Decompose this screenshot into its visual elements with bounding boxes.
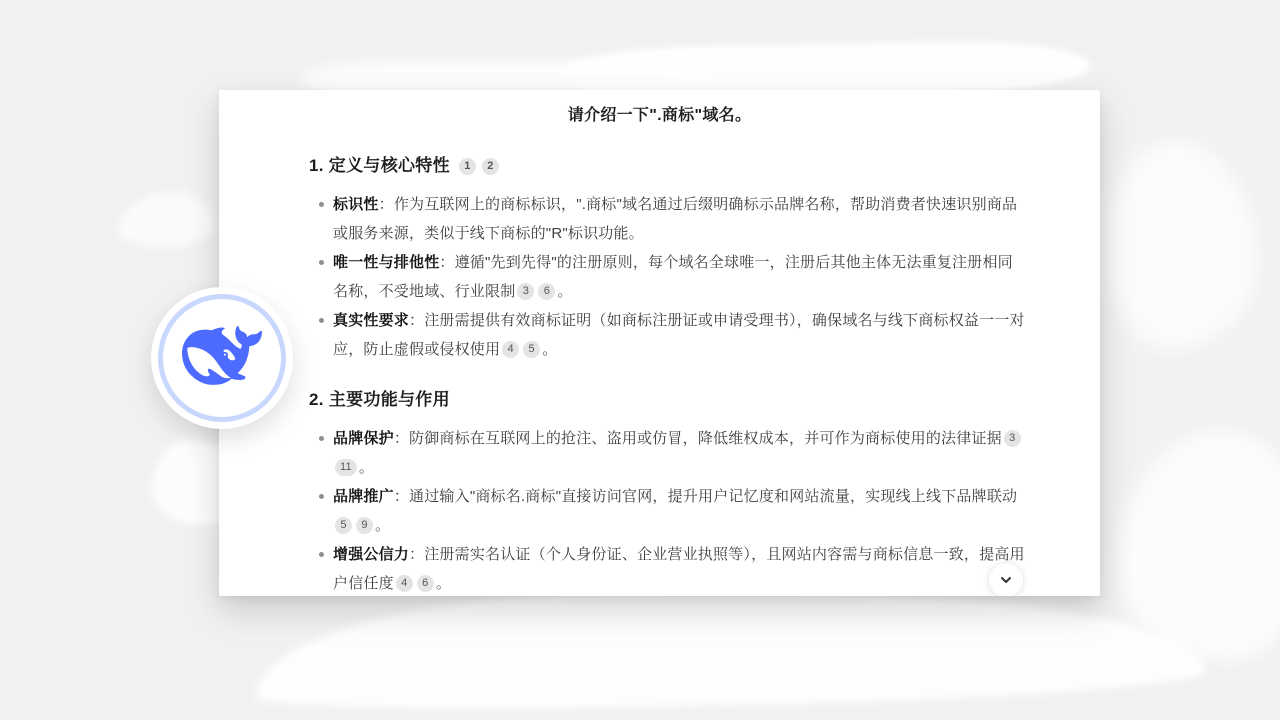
bullet-label: 品牌保护 — [333, 430, 394, 447]
section-heading-text: 2. 主要功能与作用 — [309, 388, 450, 412]
bullet-text: 注册需提供有效商标证明（如商标注册证或申请受理书），确保域名与线下商标权益一一对… — [333, 312, 1025, 358]
bullet-item: 品牌推广：通过输入"商标名.商标"直接访问官网，提升用户记忆度和网站流量，实现线… — [333, 482, 1027, 540]
bullet-text: 通过输入"商标名.商标"直接访问官网，提升用户记忆度和网站流量，实现线上线下品牌… — [409, 488, 1017, 505]
bullet-label: 增强公信力 — [333, 546, 409, 563]
avatar-ring — [158, 294, 286, 422]
bullet-text: 注册需实名认证（个人身份证、企业营业执照等），且网站内容需与商标信息一致，提高用… — [333, 546, 1025, 592]
user-question-title: 请介绍一下".商标"域名。 — [219, 105, 1100, 127]
scroll-to-bottom-button[interactable] — [988, 562, 1024, 596]
citation-badge[interactable]: 1 — [459, 158, 476, 175]
section-heading: 1. 定义与核心特性12 — [309, 154, 1027, 178]
citation-badge[interactable]: 2 — [482, 158, 499, 175]
section-heading-text: 1. 定义与核心特性 — [309, 154, 450, 178]
citation-badge[interactable]: 5 — [523, 341, 540, 358]
page-background: 请介绍一下".商标"域名。 1. 定义与核心特性12标识性：作为互联网上的商标标… — [0, 0, 1280, 720]
bullet-text: 作为互联网上的商标标识，".商标"域名通过后缀明确标示品牌名称，帮助消费者快速识… — [333, 196, 1017, 242]
citation-badge[interactable]: 6 — [417, 575, 434, 592]
bullet-label: 唯一性与排他性 — [333, 254, 439, 271]
background-splash — [118, 192, 213, 247]
citation-badge[interactable]: 4 — [396, 575, 413, 592]
assistant-answer: 1. 定义与核心特性12标识性：作为互联网上的商标标识，".商标"域名通过后缀明… — [219, 127, 1100, 596]
bullet-text: 防御商标在互联网上的抢注、盗用或仿冒，降低维权成本，并可作为商标使用的法律证据 — [409, 430, 1002, 447]
bullet-list: 标识性：作为互联网上的商标标识，".商标"域名通过后缀明确标示品牌名称，帮助消费… — [309, 190, 1027, 364]
bullet-label: 品牌推广 — [333, 488, 394, 505]
bullet-item: 真实性要求：注册需提供有效商标证明（如商标注册证或申请受理书），确保域名与线下商… — [333, 306, 1027, 364]
citation-badge[interactable]: 4 — [502, 341, 519, 358]
bullet-item: 品牌保护：防御商标在互联网上的抢注、盗用或仿冒，降低维权成本，并可作为商标使用的… — [333, 424, 1027, 482]
bullet-item: 唯一性与排他性：遵循"先到先得"的注册原则，每个域名全球唯一，注册后其他主体无法… — [333, 248, 1027, 306]
bullet-label: 标识性 — [333, 196, 379, 213]
bullet-list: 品牌保护：防御商标在互联网上的抢注、盗用或仿冒，降低维权成本，并可作为商标使用的… — [309, 424, 1027, 596]
chevron-down-icon — [998, 572, 1014, 588]
background-splash — [1118, 430, 1280, 660]
citation-badge[interactable]: 3 — [1004, 430, 1021, 447]
background-splash — [254, 582, 1206, 714]
section-heading: 2. 主要功能与作用 — [309, 388, 1027, 412]
bullet-item: 标识性：作为互联网上的商标标识，".商标"域名通过后缀明确标示品牌名称，帮助消费… — [333, 190, 1027, 248]
background-splash — [1108, 140, 1258, 350]
citation-badge[interactable]: 11 — [335, 459, 357, 476]
bullet-item: 增强公信力：注册需实名认证（个人身份证、企业营业执照等），且网站内容需与商标信息… — [333, 540, 1027, 596]
citation-badge[interactable]: 3 — [517, 283, 534, 300]
assistant-avatar — [151, 287, 293, 429]
chat-response-card: 请介绍一下".商标"域名。 1. 定义与核心特性12标识性：作为互联网上的商标标… — [219, 90, 1100, 596]
citation-badge[interactable]: 6 — [538, 283, 555, 300]
citation-badge[interactable]: 5 — [335, 517, 352, 534]
bullet-label: 真实性要求 — [333, 312, 409, 329]
citation-badge[interactable]: 9 — [356, 517, 373, 534]
